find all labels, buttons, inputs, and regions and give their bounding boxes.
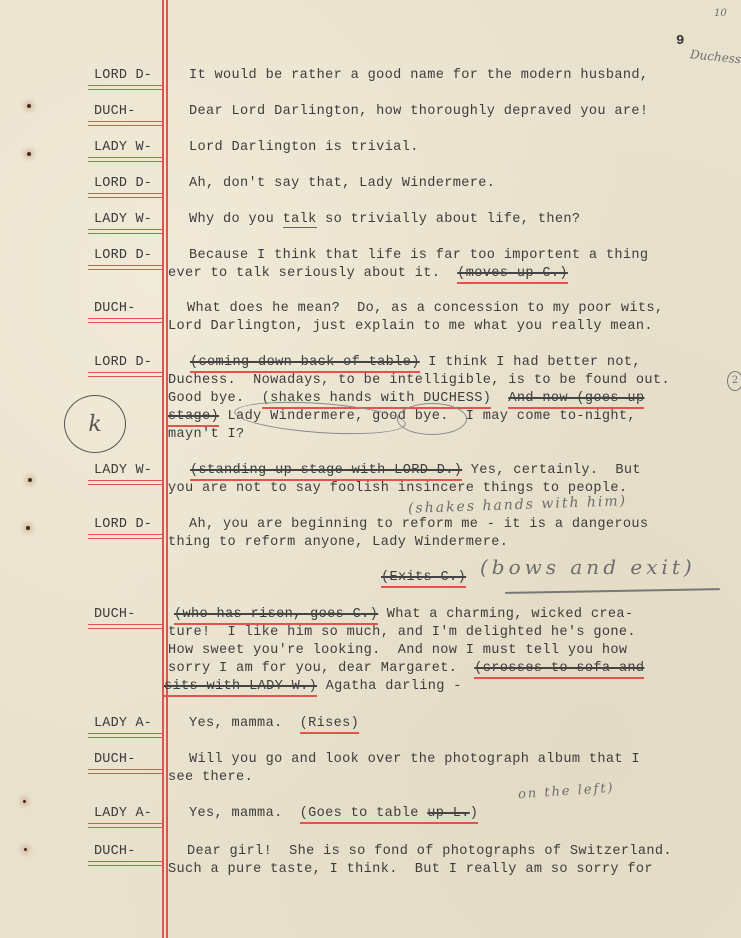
speaker-label: LADY W- [94,463,152,478]
speaker-label: LADY A- [94,806,152,821]
deleted-stage-direction: (crosses to sofa and [474,661,644,679]
deleted-stage-direction: up L. [427,806,470,821]
text-run: ever to talk seriously about it. [168,266,457,281]
dialogue-line: Good bye. (shakes hands with DUCHESS) An… [168,391,644,406]
dialogue-line: ever to talk seriously about it. (moves … [168,266,568,281]
handwritten-stage-direction: (shakes hands with him) [408,493,628,517]
dialogue-line: see there. [168,770,253,785]
speaker-underline [88,624,162,629]
speaker-underline [88,85,162,90]
speaker-label: DUCH- [94,752,136,767]
dialogue-line: Why do you talk so trivially about life,… [189,212,580,227]
dialogue-line: Ah, don't say that, Lady Windermere. [189,176,495,191]
speaker-label: LORD D- [94,68,152,83]
stage-direction: (Goes to table up L.) [300,806,479,824]
deleted-stage-direction: (Exits C.) [381,570,466,588]
speaker-label: DUCH- [94,301,136,316]
binder-hole-mark [27,104,31,108]
dialogue-line: Duchess. Nowadays, to be intelligible, i… [168,373,670,388]
speaker-label: DUCH- [94,104,136,119]
dialogue-line: Such a pure taste, I think. But I really… [168,862,653,877]
dialogue-line: Yes, mamma. (Rises) [189,716,359,731]
speaker-underline [88,480,162,485]
text-run: Agatha darling - [317,679,462,694]
deleted-stage-direction: (coming down back of table) [190,355,420,373]
speaker-underline [88,372,162,377]
red-margin-rule [162,0,164,938]
dialogue-line: mayn't I? [168,427,245,442]
circled-mark-text: k [88,412,101,437]
speaker-label: LADY W- [94,212,152,227]
pencil-loop-mark [397,403,467,435]
dialogue-line: Dear girl! She is so fond of photographs… [187,844,672,859]
pencil-underlined-word: talk [283,212,317,228]
deleted-stage-direction: And now (goes up [508,391,644,409]
dialogue-line: It would be rather a good name for the m… [189,68,648,83]
speaker-label: LADY A- [94,716,152,731]
speaker-underline [88,823,162,828]
text-run: What a charming, wicked crea- [378,607,633,622]
speaker-label: LORD D- [94,517,152,532]
text-run: I think I had better not, [420,355,641,370]
speaker-underline [88,121,162,126]
deleted-stage-direction: (standing up stage with LORD D.) [190,463,462,481]
dialogue-line: (standing up stage with LORD D.) Yes, ce… [190,463,641,478]
speaker-label: DUCH- [94,844,136,859]
dialogue-line: (who has risen, goes C.) What a charming… [174,607,633,622]
binder-hole-mark [26,526,30,530]
dialogue-line: What does he mean? Do, as a concession t… [187,301,663,316]
dialogue-line: Ah, you are beginning to reform me - it … [189,517,648,532]
text-run: (Goes to table [300,806,428,821]
speaker-underline [88,157,162,162]
circled-number-mark: 2 [727,371,741,391]
dialogue-line: sits with LADY W.) Agatha darling - [164,679,462,694]
stage-direction: (Rises) [300,716,360,734]
dialogue-line: Will you go and look over the photograph… [189,752,640,767]
text-run: ) [470,806,479,821]
handwritten-insertion: on the left) [518,781,616,803]
page-number: 9 [676,33,684,49]
speaker-underline [88,229,162,234]
circled-margin-mark: k [64,395,126,453]
binder-hole-mark [27,152,31,156]
text-run: Why do you [189,212,283,227]
red-margin-rule [166,0,168,938]
exit-direction: (Exits C.) [381,570,466,585]
dialogue-line: Because I think that life is far too imp… [189,248,648,263]
text-run: sorry I am for you, dear Margaret. [168,661,474,676]
deleted-stage-direction: sits with LADY W.) [164,679,317,697]
handwritten-page-number: 10 [714,8,727,19]
speaker-label: DUCH- [94,607,136,622]
speaker-label: LORD D- [94,355,152,370]
circled-number-text: 2 [732,375,738,386]
text-run: Yes, mamma. [189,806,300,821]
dialogue-line: Dear Lord Darlington, how thoroughly dep… [189,104,648,119]
dialogue-line: (coming down back of table) I think I ha… [190,355,641,370]
binder-hole-mark [24,848,27,851]
dialogue-line: Lord Darlington, just explain to me what… [168,319,653,334]
deleted-stage-direction: (who has risen, goes C.) [174,607,378,625]
speaker-label: LORD D- [94,176,152,191]
speaker-underline [88,265,162,270]
dialogue-line: How sweet you're looking. And now I must… [168,643,627,658]
text-run: Good bye. [168,391,262,406]
speaker-label: LADY W- [94,140,152,155]
speaker-underline [88,769,162,774]
dialogue-line: Lord Darlington is trivial. [189,140,419,155]
speaker-label: LORD D- [94,248,152,263]
speaker-underline [88,318,162,323]
binder-hole-mark [23,800,26,803]
handwritten-duchess-note: Duchess. [689,47,741,67]
pencil-underline [505,588,720,594]
speaker-underline [88,733,162,738]
binder-hole-mark [28,478,32,482]
text-run: so trivially about life, then? [317,212,581,227]
handwritten-exit-direction: (bows and exit) [480,555,696,579]
dialogue-line: sorry I am for you, dear Margaret. (cros… [168,661,644,676]
text-run: Yes, mamma. [189,716,300,731]
dialogue-line: thing to reform anyone, Lady Windermere. [168,535,508,550]
deleted-stage-direction: (moves up C.) [457,266,568,284]
dialogue-line: ture! I like him so much, and I'm deligh… [168,625,636,640]
deleted-stage-direction: stage) [168,409,219,427]
speaker-underline [88,193,162,198]
dialogue-line: you are not to say foolish insincere thi… [168,481,627,496]
dialogue-line: Yes, mamma. (Goes to table up L.) [189,806,478,821]
text-run: Yes, certainly. But [462,463,641,478]
typescript-page: 9 10 Duchess. k 2 LORD D- It would be ra… [0,0,741,938]
speaker-underline [88,861,162,866]
speaker-underline [88,534,162,539]
